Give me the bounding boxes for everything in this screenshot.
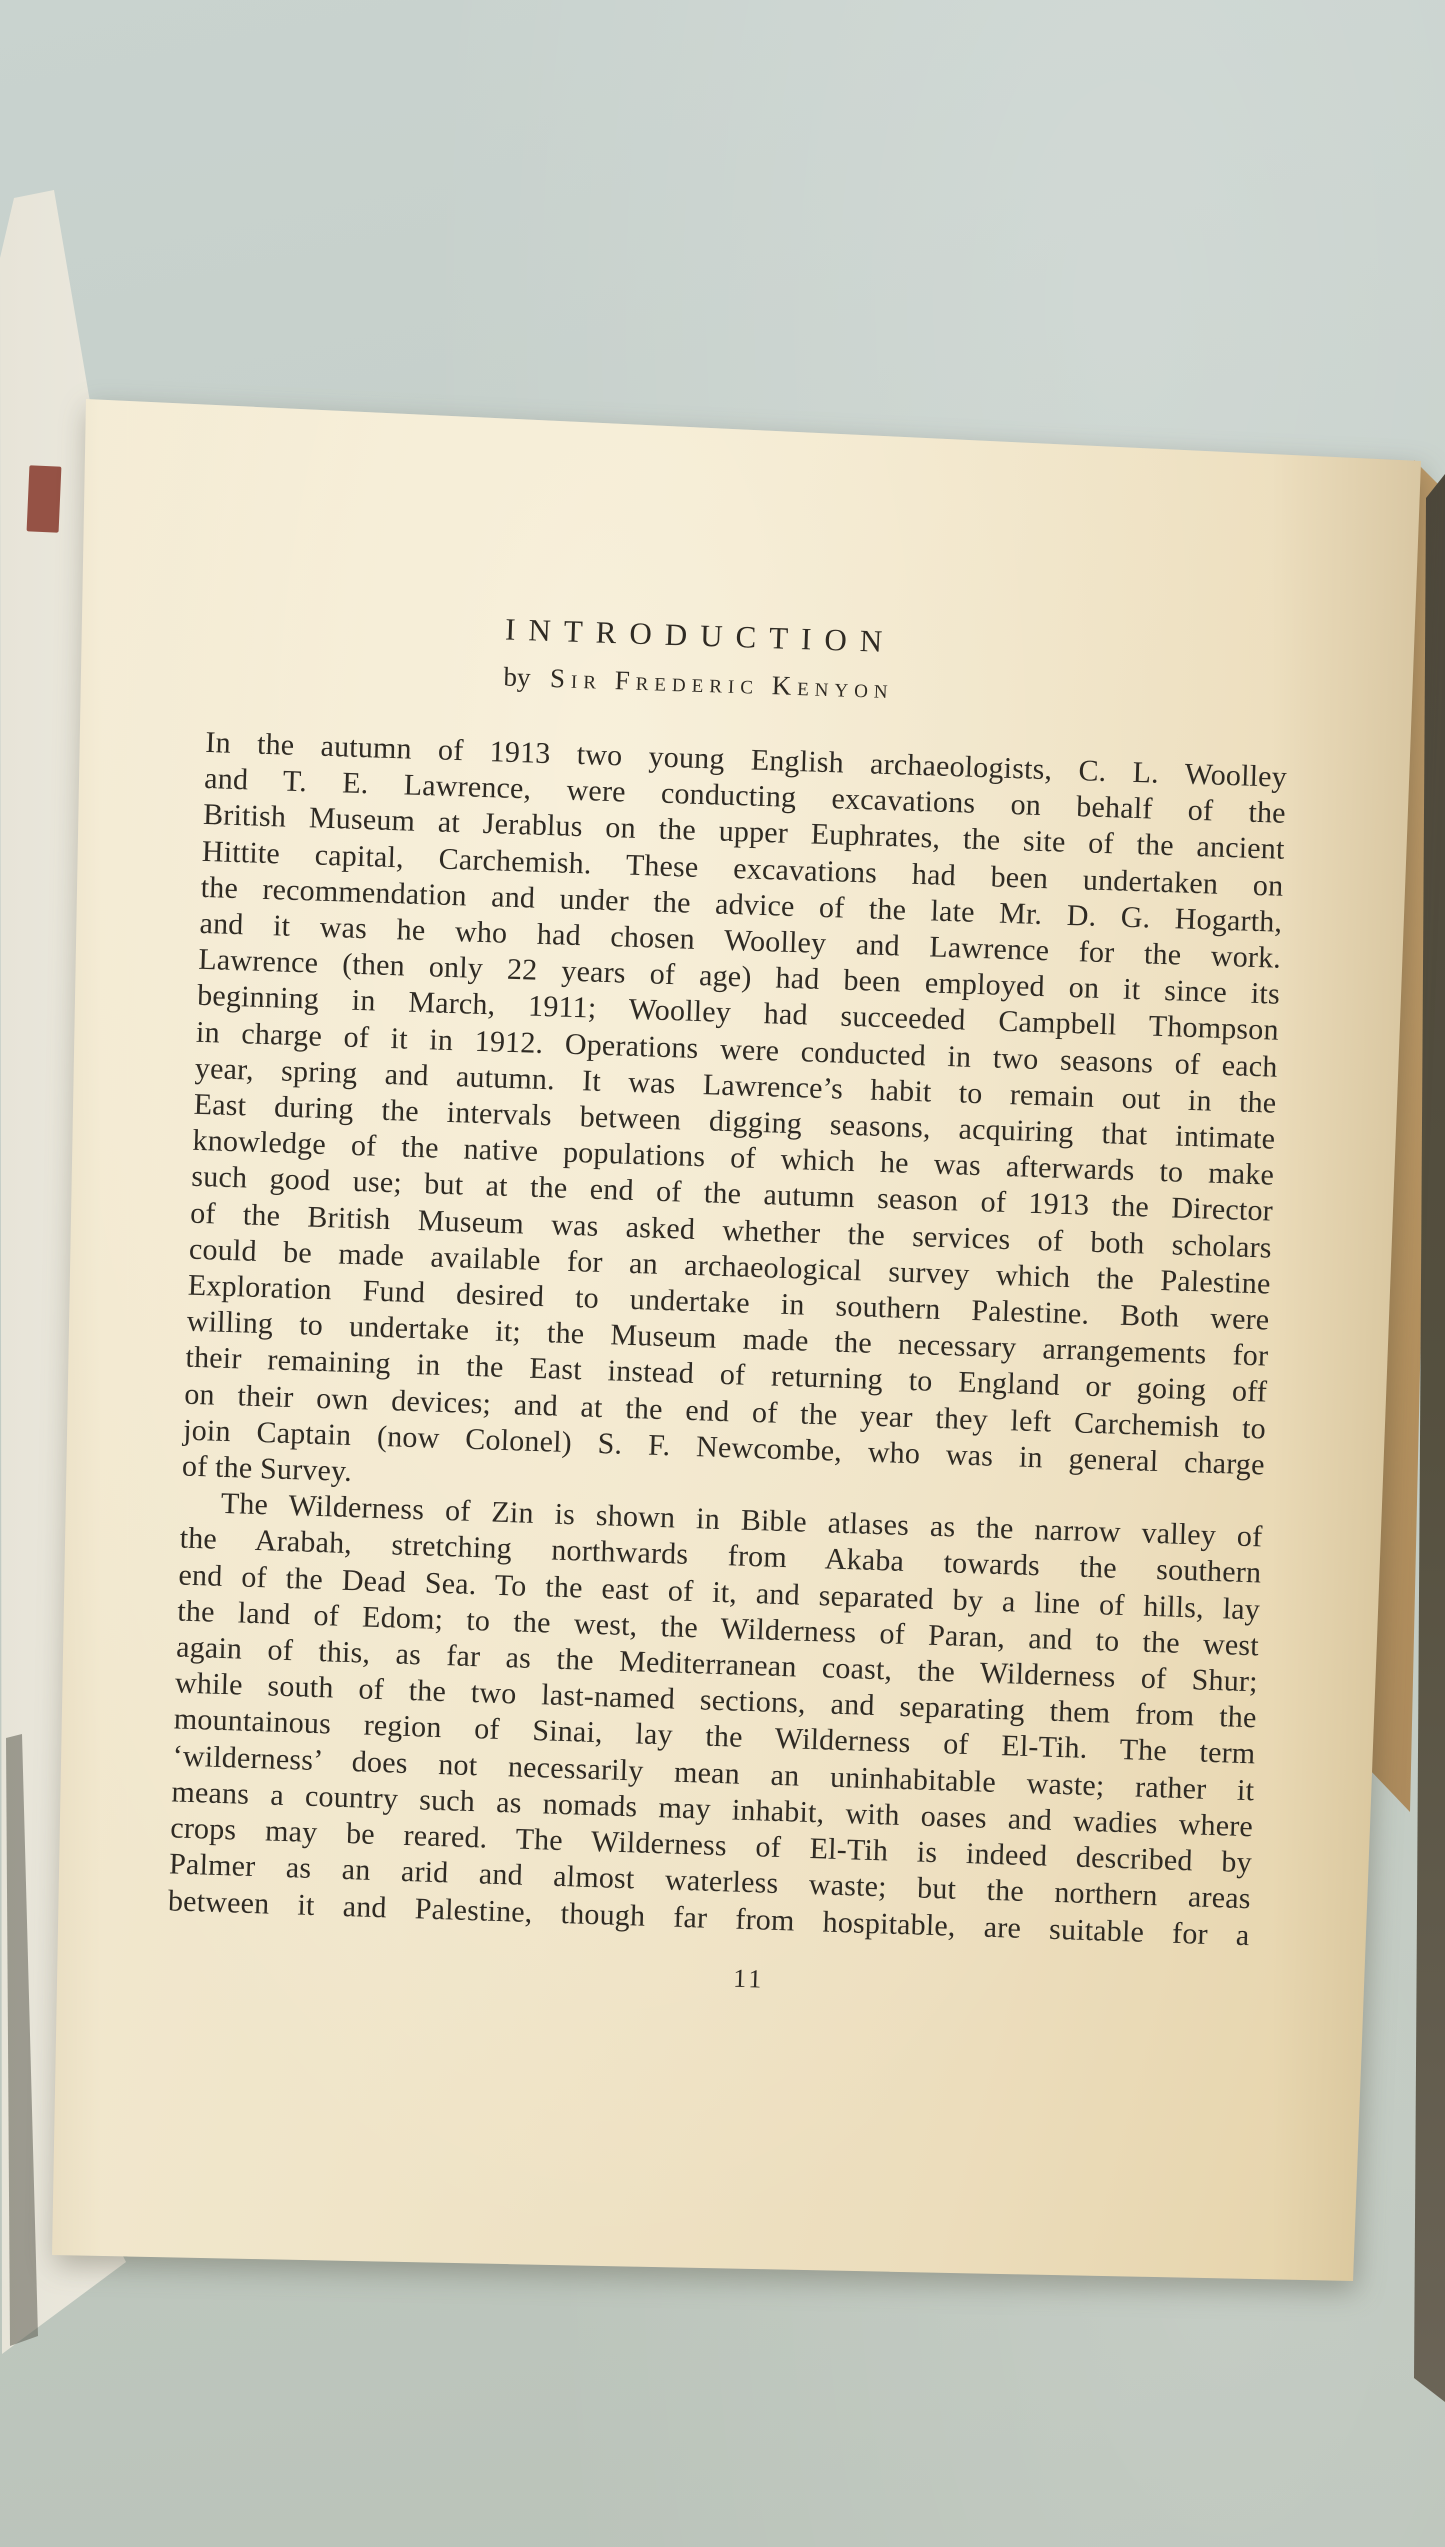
paragraph-1: In the autumn of 1913 two young English …: [181, 725, 1287, 1520]
page-text-block: INTRODUCTION by Sir Frederic Kenyon In t…: [166, 602, 1292, 2010]
byline-prefix: by: [503, 662, 531, 693]
byline-name: Sir Frederic Kenyon: [537, 663, 894, 704]
paragraph-2: The Wilderness of Zin is shown in Bible …: [167, 1485, 1262, 1954]
body-text: In the autumn of 1913 two young English …: [167, 725, 1287, 1954]
